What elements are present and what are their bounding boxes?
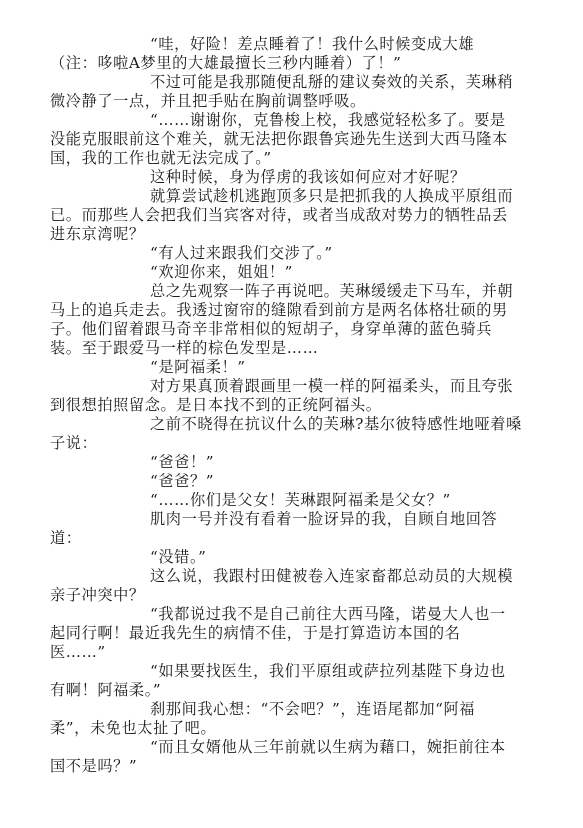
paragraph-start-line: 对方果真顶着跟画里一模一样的阿福柔头，而且夸张 [50, 377, 530, 396]
text-line: 微冷静了一点，并且把手贴在胸前调整呼吸。 [50, 92, 530, 111]
paragraph-start-line: 不过可能是我那随便乱掰的建议奏效的关系，芙琳稍 [50, 73, 530, 92]
text-line: 子说： [50, 434, 530, 453]
paragraph-start-line: “我都说过我不是自己前往大西马隆，诺曼大人也一 [50, 605, 530, 624]
paragraph-start-line: “哇，好险！差点睡着了！我什么时候变成大雄 [50, 35, 530, 54]
text-line: 到很想拍照留念。是日本找不到的正统阿福头。 [50, 396, 530, 415]
paragraph-start-line: 刹那间我心想：“不会吧？”，连语尾都加“阿福 [50, 700, 530, 719]
text-line: 马上的追兵走去。我透过窗帘的缝隙看到前方是两名体格壮硕的男 [50, 301, 530, 320]
paragraph-start-line: “爸爸！” [50, 453, 530, 472]
text-line: 已。而那些人会把我们当宾客对待，或者当成敌对势力的牺牲品丢 [50, 206, 530, 225]
text-line: 国不是吗？” [50, 757, 530, 776]
text-line: 进东京湾呢？ [50, 225, 530, 244]
paragraph-start-line: “如果要找医生，我们平原组或萨拉列基陛下身边也 [50, 662, 530, 681]
paragraph-start-line: 总之先观察一阵子再说吧。芙琳缓缓走下马车，并朝 [50, 282, 530, 301]
paragraph-start-line: 就算尝试趁机逃跑顶多只是把抓我的人换成平原组而 [50, 187, 530, 206]
text-line: 起同行啊！最近我先生的病情不佳，于是打算造访本国的名 [50, 624, 530, 643]
paragraph-start-line: “而且女婿他从三年前就以生病为藉口，婉拒前往本 [50, 738, 530, 757]
paragraph-start-line: 之前不晓得在抗议什么的芙琳?基尔彼特感性地哑着嗓 [50, 415, 530, 434]
paragraph-start-line: “爸爸？” [50, 472, 530, 491]
paragraph-start-line: “……谢谢你，克鲁梭上校，我感觉轻松多了。要是 [50, 111, 530, 130]
paragraph-start-line: 这么说，我跟村田健被卷入连家畜都总动员的大规模 [50, 567, 530, 586]
text-line: 没能克服眼前这个难关，就无法把你跟鲁宾逊先生送到大西马隆本 [50, 130, 530, 149]
paragraph-start-line: “有人过来跟我们交涉了。” [50, 244, 530, 263]
paragraph-start-line: “是阿福柔！” [50, 358, 530, 377]
paragraph-start-line: “欢迎你来，姐姐！” [50, 263, 530, 282]
text-line: 有啊！阿福柔。” [50, 681, 530, 700]
text-line: 道： [50, 529, 530, 548]
document-body: “哇，好险！差点睡着了！我什么时候变成大雄（注：哆啦A梦里的大雄最擅长三秒内睡着… [50, 35, 530, 776]
text-line: 医……” [50, 643, 530, 662]
text-line: 子。他们留着跟马奇辛非常相似的短胡子，身穿单薄的蓝色骑兵 [50, 320, 530, 339]
paragraph-start-line: 这种时候，身为俘虏的我该如何应对才好呢？ [50, 168, 530, 187]
document-page: “哇，好险！差点睡着了！我什么时候变成大雄（注：哆啦A梦里的大雄最擅长三秒内睡着… [0, 0, 583, 828]
text-line: 亲子冲突中？ [50, 586, 530, 605]
paragraph-start-line: “……你们是父女！芙琳跟阿福柔是父女？” [50, 491, 530, 510]
paragraph-start-line: 肌肉一号并没有看着一脸讶异的我，自顾自地回答 [50, 510, 530, 529]
text-line: 装。至于跟爱马一样的棕色发型是…… [50, 339, 530, 358]
text-line: （注：哆啦A梦里的大雄最擅长三秒内睡着）了！” [50, 54, 530, 73]
text-line: 柔”，未免也太扯了吧。 [50, 719, 530, 738]
text-line: 国，我的工作也就无法完成了。” [50, 149, 530, 168]
paragraph-start-line: “没错。” [50, 548, 530, 567]
